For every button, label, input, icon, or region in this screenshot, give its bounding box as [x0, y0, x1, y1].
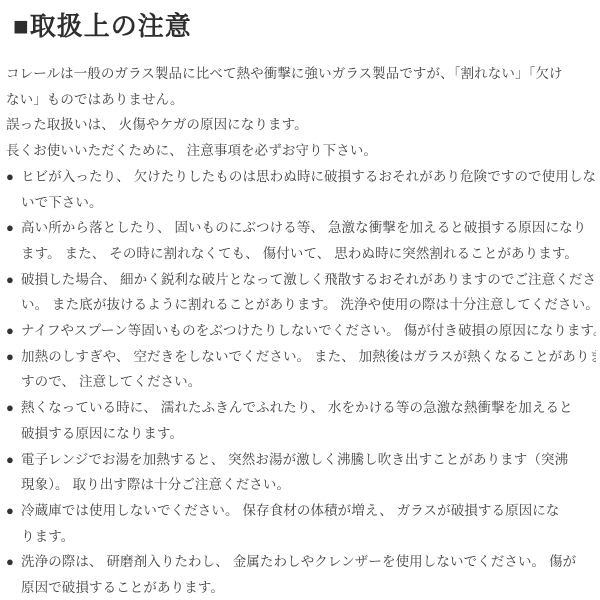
precaution-line: 破損する原因になります。: [21, 421, 596, 447]
bullet-icon: ●: [6, 344, 21, 370]
precautions-body: コレールは一般のガラス製品に比べて熱や衝撃に強いガラス製品ですが、「割れない」「…: [6, 61, 596, 600]
precaution-line: 原因で破損することがあります。: [21, 575, 596, 600]
precaution-item: ●破損した場合、 細かく鋭利な破片となって激しく飛散するおそれがありますのでご注…: [6, 267, 596, 318]
section-title: ■取扱上の注意: [13, 10, 596, 42]
precaution-line: 破損した場合、 細かく鋭利な破片となって激しく飛散するおそれがありますのでご注意…: [21, 267, 596, 293]
intro-line: 長くお使いいただくために、 注意事項を必ずお守り下さい。: [6, 138, 596, 164]
bullet-icon: ●: [6, 549, 21, 575]
precaution-line: 熱くなっている時に、 濡れたふきんでふれたり、 水をかける等の急激な熱衝撃を加え…: [21, 395, 596, 421]
precaution-text: 高い所から落としたり、 固いものにぶつける等、 急激な衝撃を加えると破損する原因…: [21, 215, 596, 266]
intro-line: 誤った取扱いは、 火傷やケガの原因になります。: [6, 112, 596, 138]
intro-line: ない」ものではありません。: [6, 87, 596, 113]
bullet-icon: ●: [6, 164, 21, 190]
precaution-line: 冷蔵庫では使用しないでください。 保存食材の体積が増え、 ガラスが破損する原因に…: [21, 498, 596, 524]
precaution-line: 洗浄の際は、 研磨剤入りたわし、 金属たわしやクレンザーを使用しないでください。…: [21, 549, 596, 575]
precaution-item: ●冷蔵庫では使用しないでください。 保存食材の体積が増え、 ガラスが破損する原因…: [6, 498, 596, 549]
precaution-line: すので、 注意してください。: [21, 369, 596, 395]
bullet-icon: ●: [6, 215, 21, 241]
bullet-icon: ●: [6, 318, 21, 344]
precaution-item: ●熱くなっている時に、 濡れたふきんでふれたり、 水をかける等の急激な熱衝撃を加…: [6, 395, 596, 446]
precaution-text: 電子レンジでお湯を加熱すると、 突然お湯が激しく沸騰し吹き出すことがあります（突…: [21, 447, 596, 498]
precaution-line: ります。: [21, 524, 596, 550]
precaution-item: ●加熱のしすぎや、 空だきをしないでください。 また、 加熱後はガラスが熱くなる…: [6, 344, 596, 395]
intro-line: コレールは一般のガラス製品に比べて熱や衝撃に強いガラス製品ですが、「割れない」「…: [6, 61, 596, 87]
precaution-line: 電子レンジでお湯を加熱すると、 突然お湯が激しく沸騰し吹き出すことがあります（突…: [21, 447, 596, 473]
precaution-text: 熱くなっている時に、 濡れたふきんでふれたり、 水をかける等の急激な熱衝撃を加え…: [21, 395, 596, 446]
precaution-line: い。 また底が抜けるように割れることがあります。 洗浄や使用の際は十分注意してく…: [21, 292, 596, 318]
precaution-text: ナイフやスプーン等固いものをぶつけたりしないでください。 傷が付き破損の原因にな…: [21, 318, 596, 344]
precaution-text: 冷蔵庫では使用しないでください。 保存食材の体積が増え、 ガラスが破損する原因に…: [21, 498, 596, 549]
bullet-icon: ●: [6, 395, 21, 421]
precaution-line: ます。 また、 その時に割れなくても、 傷付いて、 思わぬ時に突然割れることがあ…: [21, 241, 596, 267]
precaution-list: ●ヒビが入ったり、 欠けたりしたものは思わぬ時に破損するおそれがあり危険ですので…: [6, 164, 596, 600]
precaution-text: 加熱のしすぎや、 空だきをしないでください。 また、 加熱後はガラスが熱くなるこ…: [21, 344, 596, 395]
bullet-icon: ●: [6, 447, 21, 473]
precaution-text: ヒビが入ったり、 欠けたりしたものは思わぬ時に破損するおそれがあり危険ですので使…: [21, 164, 596, 215]
bullet-icon: ●: [6, 498, 21, 524]
precaution-line: ナイフやスプーン等固いものをぶつけたりしないでください。 傷が付き破損の原因にな…: [21, 318, 596, 344]
handling-precautions-section: ■取扱上の注意 コレールは一般のガラス製品に比べて熱や衝撃に強いガラス製品ですが…: [0, 0, 600, 600]
precaution-line: 現象）。 取り出す際は十分ご注意ください。: [21, 472, 596, 498]
precaution-item: ●ナイフやスプーン等固いものをぶつけたりしないでください。 傷が付き破損の原因に…: [6, 318, 596, 344]
precaution-line: 高い所から落としたり、 固いものにぶつける等、 急激な衝撃を加えると破損する原因…: [21, 215, 596, 241]
bullet-icon: ●: [6, 267, 21, 293]
precaution-text: 破損した場合、 細かく鋭利な破片となって激しく飛散するおそれがありますのでご注意…: [21, 267, 596, 318]
precaution-line: 加熱のしすぎや、 空だきをしないでください。 また、 加熱後はガラスが熱くなるこ…: [21, 344, 596, 370]
precaution-item: ●高い所から落としたり、 固いものにぶつける等、 急激な衝撃を加えると破損する原…: [6, 215, 596, 266]
precaution-item: ●電子レンジでお湯を加熱すると、 突然お湯が激しく沸騰し吹き出すことがあります（…: [6, 447, 596, 498]
precaution-item: ●洗浄の際は、 研磨剤入りたわし、 金属たわしやクレンザーを使用しないでください…: [6, 549, 596, 600]
intro-paragraph: コレールは一般のガラス製品に比べて熱や衝撃に強いガラス製品ですが、「割れない」「…: [6, 61, 596, 164]
precaution-line: いで下さい。: [21, 190, 596, 216]
precaution-line: ヒビが入ったり、 欠けたりしたものは思わぬ時に破損するおそれがあり危険ですので使…: [21, 164, 596, 190]
precaution-text: 洗浄の際は、 研磨剤入りたわし、 金属たわしやクレンザーを使用しないでください。…: [21, 549, 596, 600]
precaution-item: ●ヒビが入ったり、 欠けたりしたものは思わぬ時に破損するおそれがあり危険ですので…: [6, 164, 596, 215]
